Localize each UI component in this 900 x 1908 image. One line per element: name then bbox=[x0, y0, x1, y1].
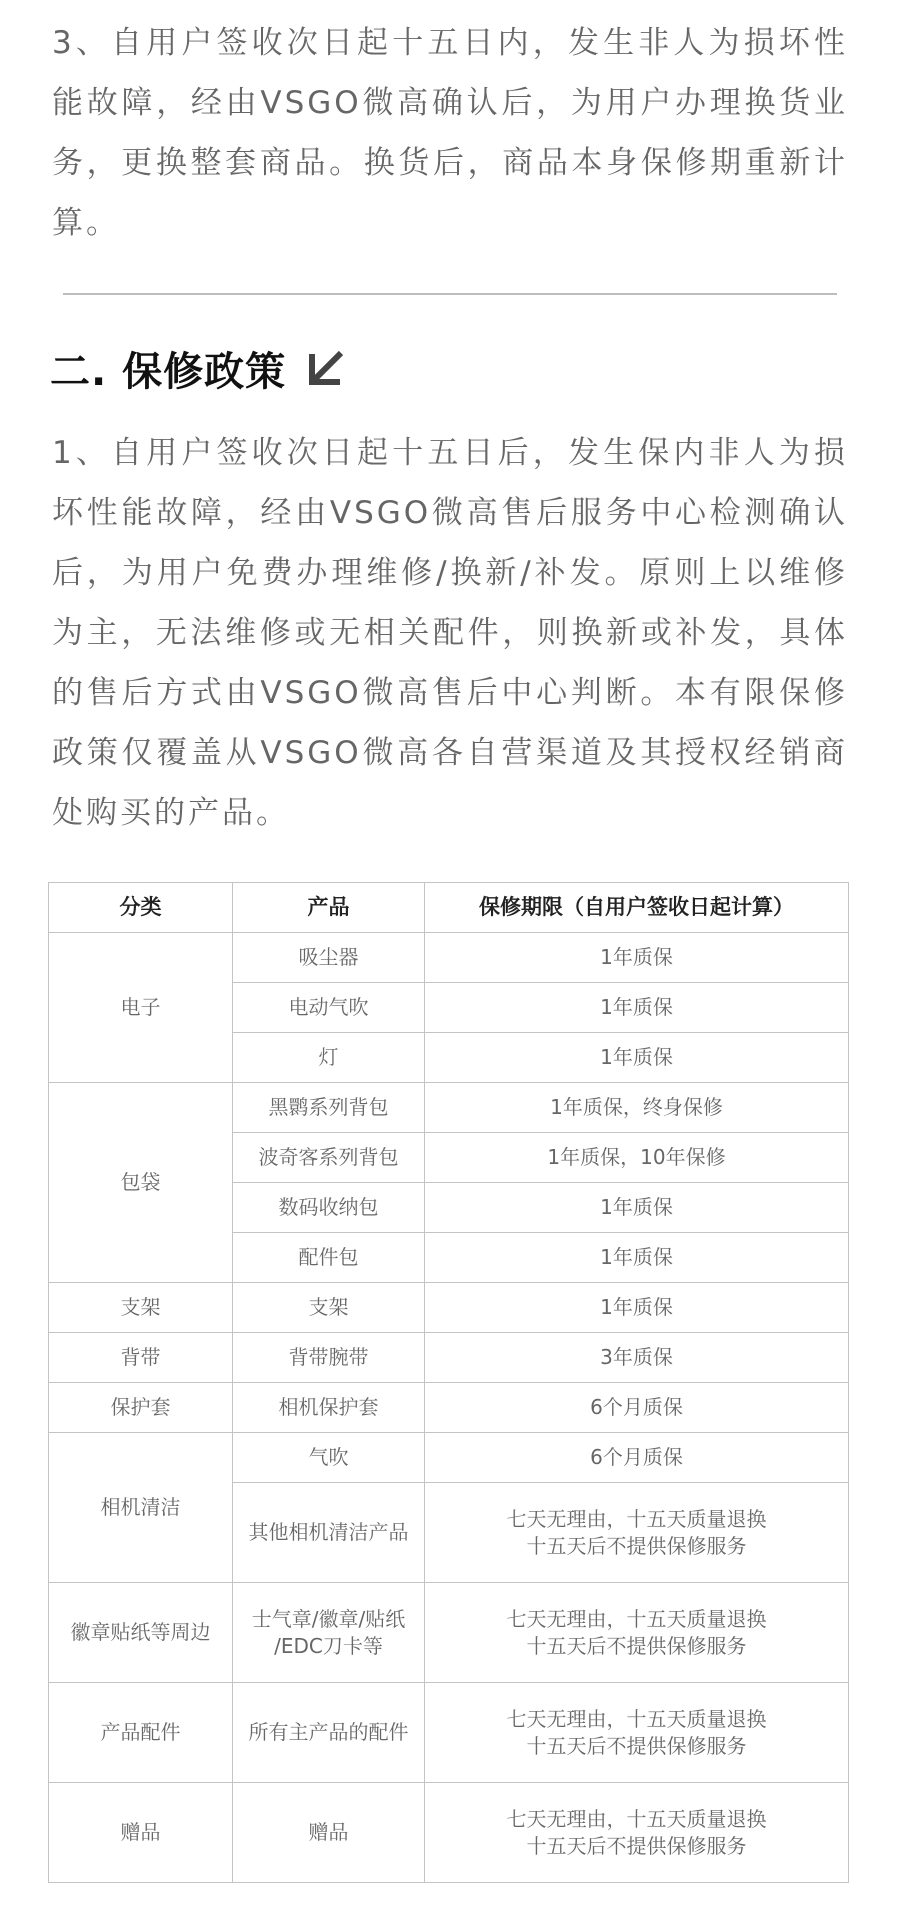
product-cell: 电动气吹 bbox=[233, 983, 425, 1033]
category-cell: 电子 bbox=[49, 933, 233, 1083]
product-cell: 相机保护套 bbox=[233, 1383, 425, 1433]
period-line-2: 十五天后不提供保修服务 bbox=[431, 1833, 842, 1860]
header-category: 分类 bbox=[49, 883, 233, 933]
product-line-1: 士气章/徽章/贴纸 bbox=[239, 1606, 418, 1633]
product-cell: 吸尘器 bbox=[233, 933, 425, 983]
period-cell: 1年质保 bbox=[425, 933, 849, 983]
period-line-1: 七天无理由，十五天质量退换 bbox=[431, 1606, 842, 1633]
arrow-down-left-icon bbox=[306, 348, 346, 388]
category-cell: 支架 bbox=[49, 1283, 233, 1333]
product-cell: 支架 bbox=[233, 1283, 425, 1333]
period-cell: 1年质保，终身保修 bbox=[425, 1083, 849, 1133]
table-row: 徽章贴纸等周边 士气章/徽章/贴纸 /EDC刀卡等 七天无理由，十五天质量退换 … bbox=[49, 1583, 849, 1683]
period-cell: 七天无理由，十五天质量退换 十五天后不提供保修服务 bbox=[425, 1483, 849, 1583]
product-cell: 赠品 bbox=[233, 1783, 425, 1883]
warranty-policy-heading: 二. 保修政策 bbox=[50, 342, 346, 394]
table-row: 背带 背带腕带 3年质保 bbox=[49, 1333, 849, 1383]
period-cell: 七天无理由，十五天质量退换 十五天后不提供保修服务 bbox=[425, 1683, 849, 1783]
period-line-1: 七天无理由，十五天质量退换 bbox=[431, 1506, 842, 1533]
table-row: 相机清洁 气吹 6个月质保 bbox=[49, 1433, 849, 1483]
header-product: 产品 bbox=[233, 883, 425, 933]
warranty-period-table: 分类 产品 保修期限（自用户签收日起计算） 电子 吸尘器 1年质保 电动气吹 1… bbox=[48, 882, 849, 1883]
warranty-policy-title: 二. 保修政策 bbox=[50, 340, 286, 397]
product-cell: 数码收纳包 bbox=[233, 1183, 425, 1233]
product-cell: 配件包 bbox=[233, 1233, 425, 1283]
category-cell: 徽章贴纸等周边 bbox=[49, 1583, 233, 1683]
period-line-1: 七天无理由，十五天质量退换 bbox=[431, 1706, 842, 1733]
product-cell: 其他相机清洁产品 bbox=[233, 1483, 425, 1583]
period-line-2: 十五天后不提供保修服务 bbox=[431, 1633, 842, 1660]
period-cell: 七天无理由，十五天质量退换 十五天后不提供保修服务 bbox=[425, 1583, 849, 1683]
product-cell: 气吹 bbox=[233, 1433, 425, 1483]
table-row: 产品配件 所有主产品的配件 七天无理由，十五天质量退换 十五天后不提供保修服务 bbox=[49, 1683, 849, 1783]
exchange-policy-paragraph-3: 3、自用户签收次日起十五日内，发生非人为损坏性能故障，经由VSGO微高确认后，为… bbox=[52, 13, 848, 253]
period-cell: 6个月质保 bbox=[425, 1433, 849, 1483]
product-cell: 黑鹮系列背包 bbox=[233, 1083, 425, 1133]
product-cell: 士气章/徽章/贴纸 /EDC刀卡等 bbox=[233, 1583, 425, 1683]
category-cell: 包袋 bbox=[49, 1083, 233, 1283]
period-line-1: 七天无理由，十五天质量退换 bbox=[431, 1806, 842, 1833]
section-divider bbox=[63, 293, 837, 295]
period-cell: 1年质保 bbox=[425, 1033, 849, 1083]
period-cell: 3年质保 bbox=[425, 1333, 849, 1383]
period-cell: 1年质保 bbox=[425, 1283, 849, 1333]
warranty-policy-paragraph-1: 1、自用户签收次日起十五日后，发生保内非人为损坏性能故障，经由VSGO微高售后服… bbox=[52, 423, 848, 843]
product-cell: 波奇客系列背包 bbox=[233, 1133, 425, 1183]
period-cell: 1年质保 bbox=[425, 983, 849, 1033]
period-cell: 6个月质保 bbox=[425, 1383, 849, 1433]
product-cell: 所有主产品的配件 bbox=[233, 1683, 425, 1783]
table-row: 电子 吸尘器 1年质保 bbox=[49, 933, 849, 983]
category-cell: 赠品 bbox=[49, 1783, 233, 1883]
period-line-2: 十五天后不提供保修服务 bbox=[431, 1533, 842, 1560]
table-row: 包袋 黑鹮系列背包 1年质保，终身保修 bbox=[49, 1083, 849, 1133]
period-cell: 1年质保，10年保修 bbox=[425, 1133, 849, 1183]
period-cell: 1年质保 bbox=[425, 1183, 849, 1233]
table-header-row: 分类 产品 保修期限（自用户签收日起计算） bbox=[49, 883, 849, 933]
period-cell: 七天无理由，十五天质量退换 十五天后不提供保修服务 bbox=[425, 1783, 849, 1883]
period-cell: 1年质保 bbox=[425, 1233, 849, 1283]
period-line-2: 十五天后不提供保修服务 bbox=[431, 1733, 842, 1760]
product-line-2: /EDC刀卡等 bbox=[239, 1633, 418, 1660]
product-cell: 灯 bbox=[233, 1033, 425, 1083]
product-cell: 背带腕带 bbox=[233, 1333, 425, 1383]
category-cell: 产品配件 bbox=[49, 1683, 233, 1783]
category-cell: 背带 bbox=[49, 1333, 233, 1383]
category-cell: 相机清洁 bbox=[49, 1433, 233, 1583]
table-row: 赠品 赠品 七天无理由，十五天质量退换 十五天后不提供保修服务 bbox=[49, 1783, 849, 1883]
header-warranty-period: 保修期限（自用户签收日起计算） bbox=[425, 883, 849, 933]
table-row: 支架 支架 1年质保 bbox=[49, 1283, 849, 1333]
table-row: 保护套 相机保护套 6个月质保 bbox=[49, 1383, 849, 1433]
category-cell: 保护套 bbox=[49, 1383, 233, 1433]
